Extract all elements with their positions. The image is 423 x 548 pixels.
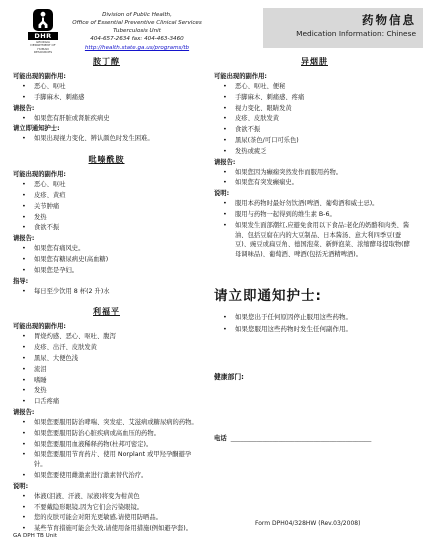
- org-line-unit: Tuberculosis Unit: [62, 27, 212, 35]
- section-pyrazinamide: 吡嗪酰胺可能出现的副作用:恶心、呕吐皮疹、黄疸关节肿痛发热食欲不振请报告:如果您…: [13, 154, 200, 296]
- bullet-item: 如果出现视力变化、辨认颜色时发生困难。: [34, 134, 200, 144]
- bullet-item: 发热: [34, 386, 200, 396]
- section-title-pyrazinamide: 吡嗪酰胺: [13, 154, 200, 165]
- bullet-item: 服用与药物一起得到的维生素 B-6。: [235, 210, 415, 220]
- section-title-isoniazid: 异烟肼: [214, 56, 415, 67]
- bullet-list: 如果您因为癫痫突然发作而服用药物。如果您有突发癫痫史。: [214, 168, 415, 189]
- bullet-list: 如果出现视力变化、辨认颜色时发生困难。: [13, 134, 200, 144]
- org-line-office: Office of Essential Preventive Clinical …: [62, 19, 212, 27]
- bullet-item: 如果您有糖尿病史(高血糖): [34, 255, 200, 265]
- bullet-item: 某些节育措施可能会失效,请使用备用措施(例如避孕套)。: [34, 524, 200, 534]
- bullet-list: 胃烧灼感、恶心、呕吐、腹泻皮疹、出汗、皮肤发黄黑尿、大便色浅流泪嗜睡发热口舌疼痛: [13, 332, 200, 407]
- group-label: 指导:: [13, 277, 200, 287]
- section-title-ethambutol: 胺丁醇: [13, 56, 200, 67]
- bullet-item: 如果您要服用血液稀释药物(杜邦可密定)。: [34, 440, 200, 450]
- bullet-item: 手脚麻木、刺痛感、疼痛: [235, 93, 415, 103]
- notice-item: 如果您服用这些药物时发生任何副作用。: [235, 323, 415, 335]
- bullet-item: 如果发生面部潮红,应避免食用以下食品:老化的奶酪和肉类、酱油、包括豆腐在内的大豆…: [235, 221, 415, 260]
- content-columns: 胺丁醇可能出现的副作用:恶心、呕吐手脚麻木、刺痛感请报告:如果您有肝脏或肾脏疾病…: [0, 52, 423, 535]
- bullet-item: 黑尿(茶色/可口可乐色): [235, 136, 415, 146]
- bullet-item: 恶心、呕吐、便秘: [235, 82, 415, 92]
- bullet-item: 恶心、呕吐: [34, 180, 200, 190]
- left-column: 胺丁醇可能出现的副作用:恶心、呕吐手脚麻木、刺痛感请报告:如果您有肝脏或肾脏疾病…: [0, 52, 208, 535]
- notice-list: 如果您出于任何原因停止服用这些药物。如果您服用这些药物时发生任何副作用。: [214, 311, 415, 335]
- section-rifampin: 利福平可能出现的副作用:胃烧灼感、恶心、呕吐、腹泻皮疹、出汗、皮肤发黄黑尿、大便…: [13, 306, 200, 534]
- bullet-item: 发热或疲乏: [235, 147, 415, 157]
- phone-label: 电话: [214, 434, 227, 442]
- phone-blank-line: ________________________________________…: [231, 434, 372, 442]
- bullet-item: 不要戴隐形眼镜,因为它们会污染眼镜。: [34, 503, 200, 513]
- bullet-item: 恶心、呕吐: [34, 82, 200, 92]
- notify-nurse-notice: 请立即通知护士: 如果您出于任何原因停止服用这些药物。如果您服用这些药物时发生任…: [214, 284, 415, 335]
- right-sections: 异烟肼可能出现的副作用:恶心、呕吐、便秘手脚麻木、刺痛感、疼痛视力变化、眼睛发黄…: [214, 56, 415, 260]
- document-header: DHR GEORGIA DEPARTMENT OF HUMAN RESOURCE…: [0, 0, 423, 54]
- bullet-list: 每日至少饮用 8 杯(2 升)水: [13, 287, 200, 297]
- title-box: 药物信息 Medication Information: Chinese: [263, 8, 423, 48]
- bullet-item: 如果您有痛风史。: [34, 244, 200, 254]
- section-isoniazid: 异烟肼可能出现的副作用:恶心、呕吐、便秘手脚麻木、刺痛感、疼痛视力变化、眼睛发黄…: [214, 56, 415, 260]
- doc-title-chinese: 药物信息: [263, 12, 416, 28]
- bullet-item: 如果您要服用节育药片、使用 Norplant 或甲羟孕酮避孕针。: [34, 450, 200, 470]
- bullet-item: 体液(泪液、汗液、尿液)将变为柑黄色: [34, 492, 200, 502]
- dhr-logo-mark: [32, 9, 54, 31]
- bullet-item: 胃烧灼感、恶心、呕吐、腹泻: [34, 332, 200, 342]
- bullet-list: 如果您要服用防治哮喘、突发症、艾滋病或糖尿病的药物。如果您要服用防治心脏疾病或高…: [13, 418, 200, 481]
- org-line-division: Division of Public Health,: [62, 11, 212, 19]
- bullet-item: 如果您是孕妇。: [34, 266, 200, 276]
- bullet-item: 关节肿痛: [34, 202, 200, 212]
- tb-program-link[interactable]: http://health.state.ga.us/programs/tb: [85, 44, 189, 52]
- footer-form-number: Form DPH04/328HW (Rev.03/2008): [255, 520, 360, 527]
- medication-info-document: DHR GEORGIA DEPARTMENT OF HUMAN RESOURCE…: [0, 0, 423, 548]
- bullet-item: 如果您要服用防治心脏疾病或高血压的药物。: [34, 429, 200, 439]
- org-line-phone-fax: 404-657-2634 fax: 404-463-3460: [62, 35, 212, 43]
- footer-unit-label: GA DPH TB Unit: [13, 533, 57, 539]
- group-label: 说明:: [13, 482, 200, 492]
- org-address-block: Division of Public Health, Office of Ess…: [62, 11, 212, 52]
- section-ethambutol: 胺丁醇可能出现的副作用:恶心、呕吐手脚麻木、刺痛感请报告:如果您有肝脏或肾脏疾病…: [13, 56, 200, 144]
- bullet-item: 口舌疼痛: [34, 397, 200, 407]
- bullet-list: 如果您有痛风史。如果您有糖尿病史(高血糖)如果您是孕妇。: [13, 244, 200, 275]
- bullet-list: 如果您有肝脏或肾脏疾病史: [13, 114, 200, 124]
- group-label: 可能出现的副作用:: [13, 72, 200, 82]
- bullet-item: 皮疹、出汗、皮肤发黄: [34, 343, 200, 353]
- bullet-item: 每日至少饮用 8 杯(2 升)水: [34, 287, 200, 297]
- dhr-acronym: DHR: [28, 32, 58, 40]
- group-label: 请报告:: [13, 408, 200, 418]
- dhr-logo: DHR GEORGIA DEPARTMENT OF HUMAN RESOURCE…: [28, 9, 58, 55]
- bullet-item: 食欲不振: [34, 223, 200, 233]
- right-column: 异烟肼可能出现的副作用:恶心、呕吐、便秘手脚麻木、刺痛感、疼痛视力变化、眼睛发黄…: [208, 52, 423, 535]
- bullet-item: 如果您有突发癫痫史。: [235, 178, 415, 188]
- bullet-list: 恶心、呕吐手脚麻木、刺痛感: [13, 82, 200, 103]
- bullet-item: 服用本药物时最好勿饮酒(啤酒、葡萄酒和威士忌)。: [235, 199, 415, 209]
- bullet-item: 如果您要服用防治哮喘、突发症、艾滋病或糖尿病的药物。: [34, 418, 200, 428]
- bullet-item: 皮疹、黄疸: [34, 191, 200, 201]
- group-label: 请报告:: [214, 158, 415, 168]
- bullet-item: 视力变化、眼睛发黄: [235, 104, 415, 114]
- bullet-item: 如果您有肝脏或肾脏疾病史: [34, 114, 200, 124]
- bullet-list: 体液(泪液、汗液、尿液)将变为柑黄色不要戴隐形眼镜,因为它们会污染眼镜。您的皮肤…: [13, 492, 200, 534]
- group-label: 请报告:: [13, 234, 200, 244]
- bullet-item: 流泪: [34, 365, 200, 375]
- phone-row: 电话______________________________________…: [214, 433, 415, 442]
- bullet-list: 服用本药物时最好勿饮酒(啤酒、葡萄酒和威士忌)。服用与药物一起得到的维生素 B-…: [214, 199, 415, 260]
- bullet-item: 黑尿、大便色浅: [34, 354, 200, 364]
- group-label: 可能出现的副作用:: [214, 72, 415, 82]
- bullet-list: 恶心、呕吐皮疹、黄疸关节肿痛发热食欲不振: [13, 180, 200, 233]
- bullet-list: 恶心、呕吐、便秘手脚麻木、刺痛感、疼痛视力变化、眼睛发黄皮疹、皮肤发黄食欲不振黑…: [214, 82, 415, 157]
- group-label: 请立即通知护士:: [13, 124, 200, 134]
- bullet-item: 皮疹、皮肤发黄: [235, 114, 415, 124]
- bullet-item: 如果您因为癫痫突然发作而服用药物。: [235, 168, 415, 178]
- bullet-item: 手脚麻木、刺痛感: [34, 93, 200, 103]
- health-department-label: 健康部门:: [214, 371, 415, 381]
- doc-title-english: Medication Information: Chinese: [263, 28, 416, 40]
- group-label: 说明:: [214, 189, 415, 199]
- group-label: 可能出现的副作用:: [13, 322, 200, 332]
- bullet-item: 如果您要使用雌激素进行激素替代治疗。: [34, 471, 200, 481]
- bullet-item: 您的皮肤可能会对阳光更敏感,请使用防晒品。: [34, 513, 200, 523]
- bullet-item: 嗜睡: [34, 376, 200, 386]
- notice-title: 请立即通知护士:: [214, 284, 415, 304]
- group-label: 请报告:: [13, 104, 200, 114]
- bullet-item: 食欲不振: [235, 125, 415, 135]
- section-title-rifampin: 利福平: [13, 306, 200, 317]
- bullet-item: 发热: [34, 213, 200, 223]
- notice-item: 如果您出于任何原因停止服用这些药物。: [235, 311, 415, 323]
- group-label: 可能出现的副作用:: [13, 170, 200, 180]
